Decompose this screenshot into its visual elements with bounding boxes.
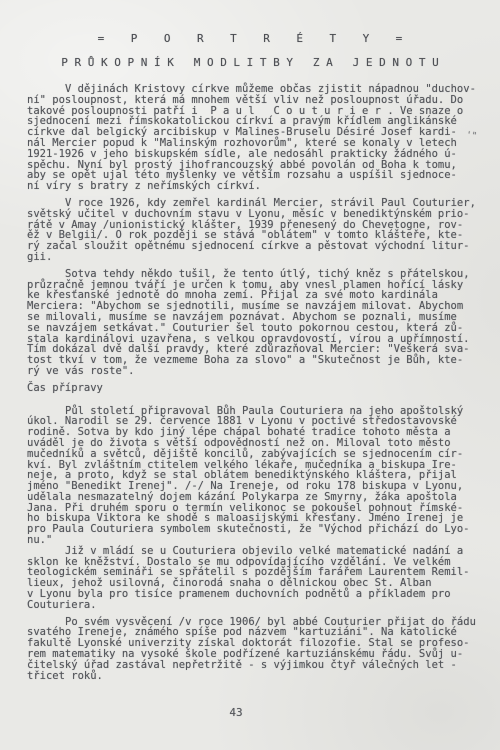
paragraph-4: Půl století připravoval Bůh Paula Coutur… — [27, 406, 473, 546]
article-body: V dějinách Kristovy církve můžeme občas … — [27, 84, 473, 681]
article-title: P R Ů K O P N Í K M O D L I T B Y Z A J … — [0, 56, 500, 69]
section-heading: Čas přípravy — [27, 383, 473, 394]
paragraph-6: Po svém vysvěcení /v roce 1906/ byl abbé… — [27, 617, 473, 682]
paragraph-1: V dějinách Kristovy církve můžeme občas … — [27, 84, 473, 192]
paragraph-2: V roce 1926, kdy zemřel kardinál Mercier… — [27, 198, 473, 263]
page-number: 43 — [0, 707, 486, 719]
paragraph-3: Sotva tehdy někdo tušil, že tento útlý, … — [27, 269, 473, 377]
scan-artifact: '" — [465, 130, 477, 141]
page-title: = P O R T R É T Y = — [0, 0, 500, 45]
scanned-document-page: = P O R T R É T Y = P R Ů K O P N Í K M … — [0, 0, 500, 750]
paragraph-5: Již v mládí se u Couturiera objevilo vel… — [27, 546, 473, 611]
